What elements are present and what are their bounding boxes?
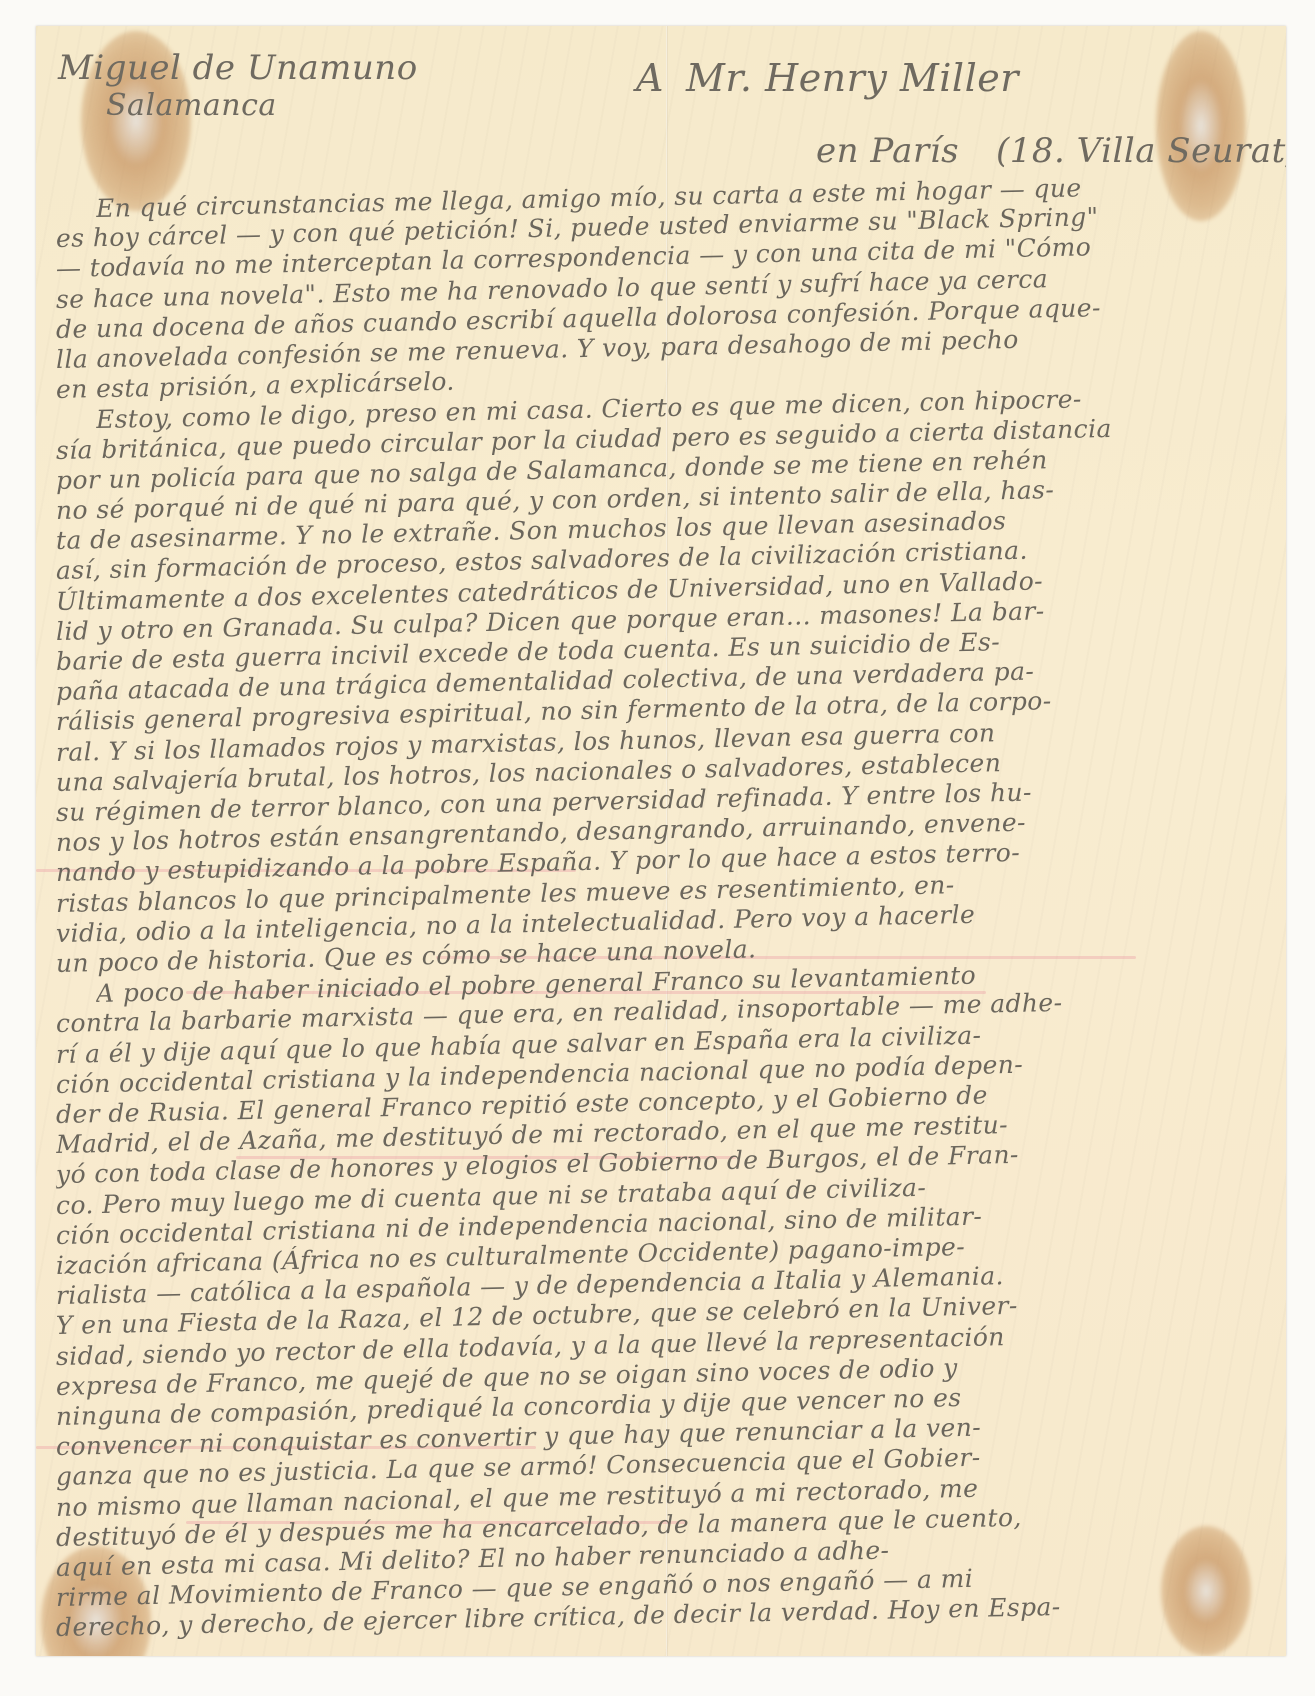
sender-name: Miguel de Unamuno [58,48,418,88]
letter-sheet: Miguel de Unamuno Salamanca A Mr. Henry … [36,26,1286,1656]
recipient-city: en París [816,131,959,171]
recipient-name: Mr. Henry Miller [686,56,1019,100]
recipient-prefix: A [636,56,664,100]
recipient-address: (18. Villa Seurat) [996,131,1286,171]
sender-place: Salamanca [106,88,277,123]
